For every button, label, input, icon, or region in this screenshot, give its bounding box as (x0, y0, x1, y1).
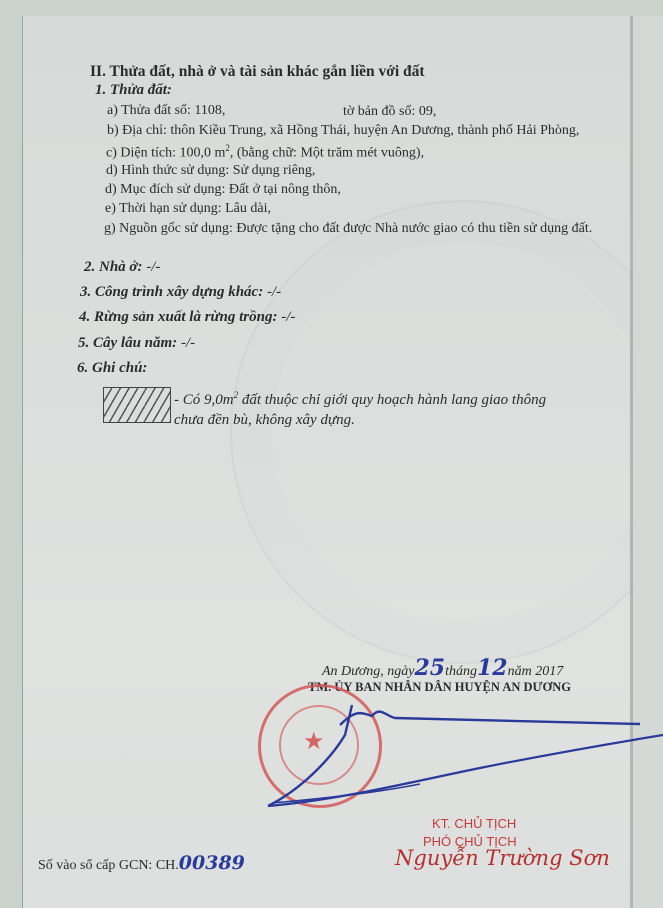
role-title-1: KT. CHỦ TỊCH (432, 816, 516, 831)
gcn-registry-number: Số vào sổ cấp GCN: CH.00389 (38, 852, 245, 874)
blue-signature (0, 0, 663, 908)
handwritten-registry-number: 00389 (179, 852, 245, 874)
signer-name: Nguyễn Trường Sơn (395, 846, 610, 870)
